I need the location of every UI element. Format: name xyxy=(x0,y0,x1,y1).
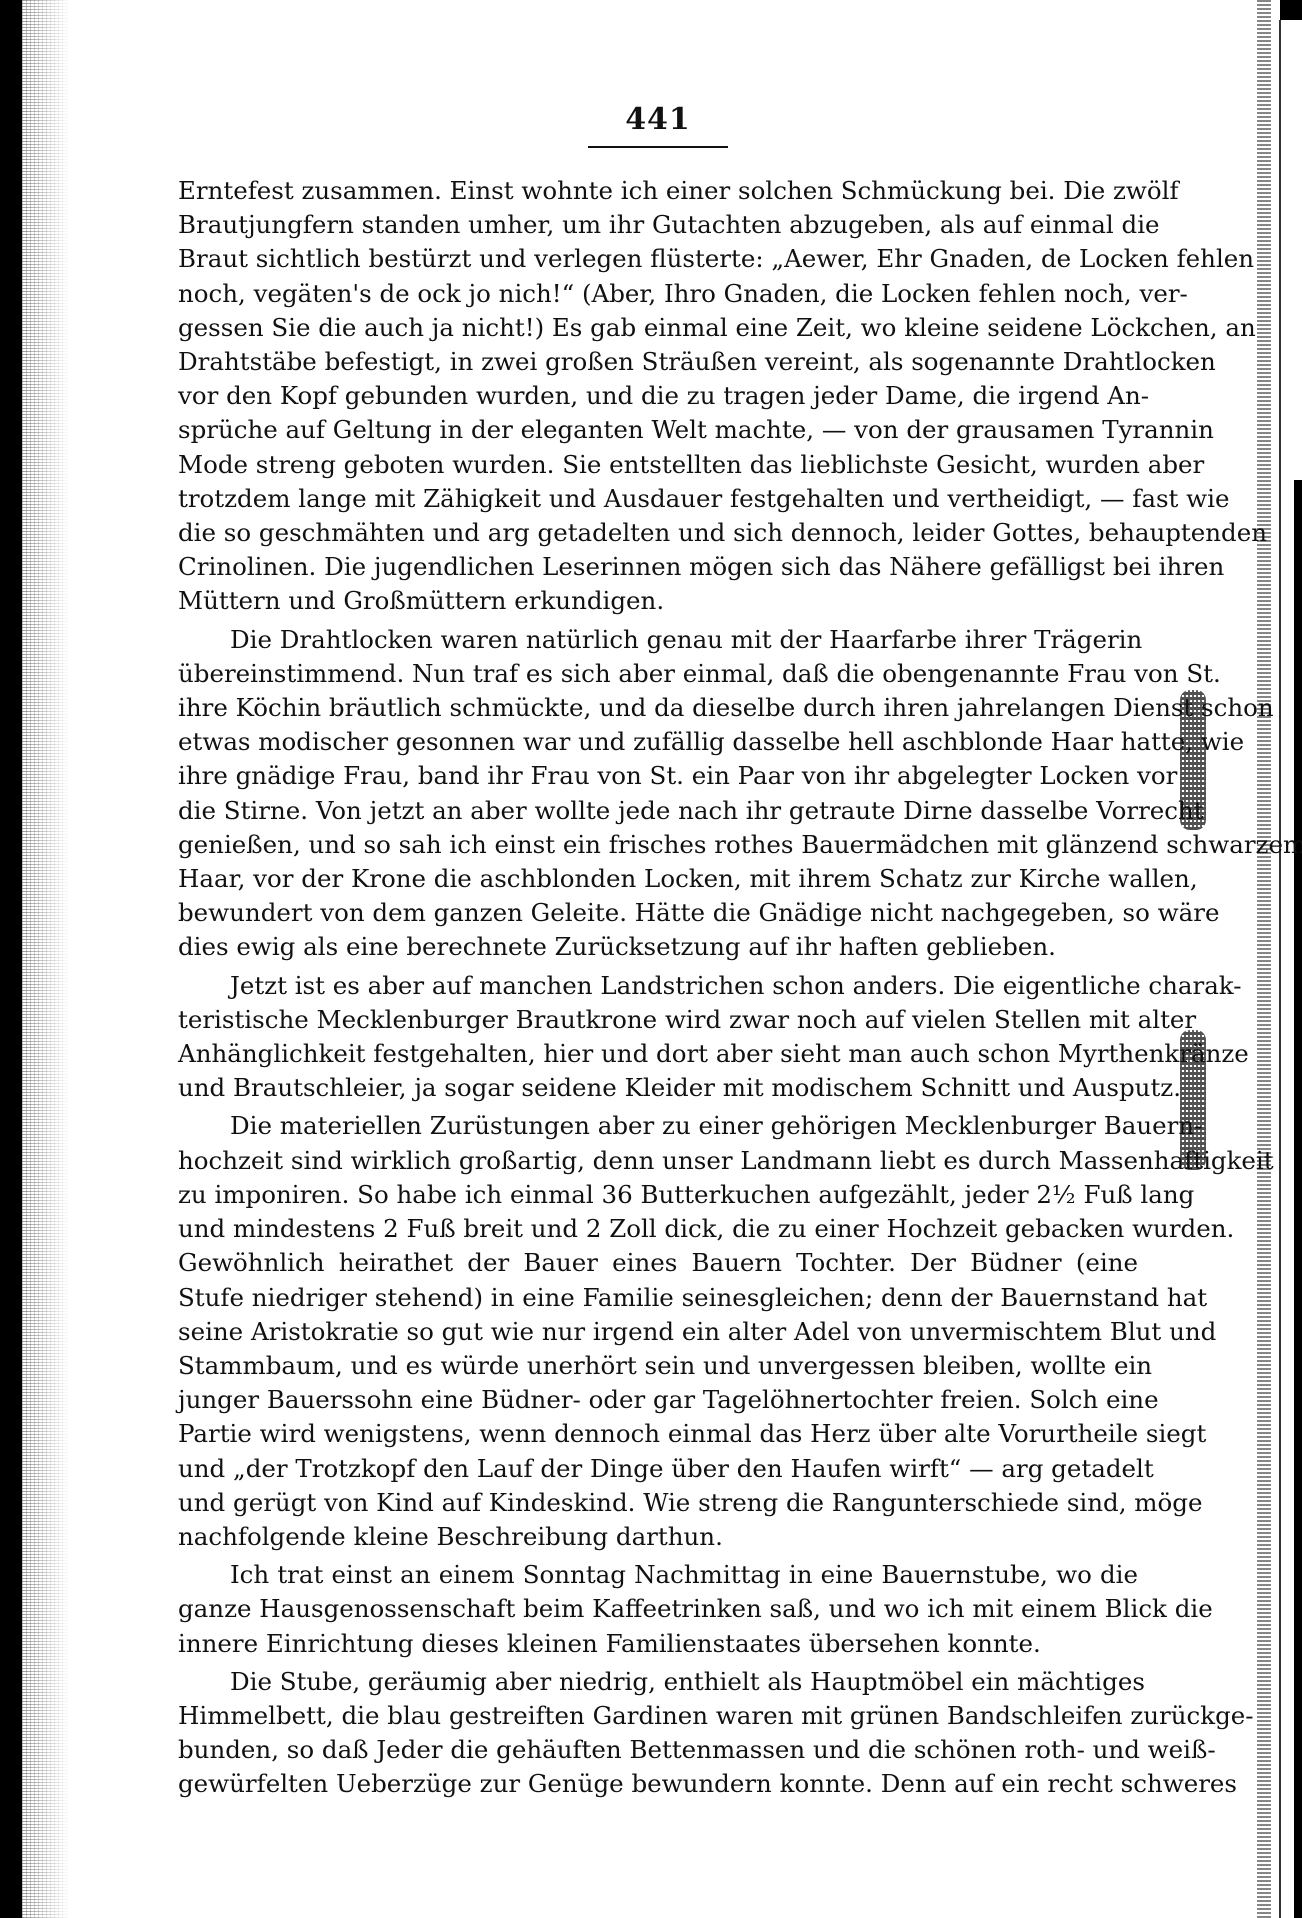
text-line: Partie wird wenigstens, wenn dennoch ein… xyxy=(178,1417,1138,1451)
text-line: und Brautschleier, ja sogar seidene Klei… xyxy=(178,1071,1138,1105)
text-line: innere Einrichtung dieses kleinen Famili… xyxy=(178,1627,1138,1661)
text-line: Brautjungfern standen umher, um ihr Guta… xyxy=(178,208,1138,242)
paragraph: Die Drahtlocken waren natürlich genau mi… xyxy=(178,623,1138,965)
text-line: dies ewig als eine berechnete Zurücksetz… xyxy=(178,930,1138,964)
text-line: Ich trat einst an einem Sonntag Nachmitt… xyxy=(178,1558,1138,1592)
text-line: Stammbaum, und es würde unerhört sein un… xyxy=(178,1349,1138,1383)
page-number-rule xyxy=(588,146,728,148)
text-line: und „der Trotzkopf den Lauf der Dinge üb… xyxy=(178,1452,1138,1486)
text-line: übereinstimmend. Nun traf es sich aber e… xyxy=(178,657,1138,691)
paragraph: Erntefest zusammen. Einst wohnte ich ein… xyxy=(178,174,1138,619)
text-line: die Stirne. Von jetzt an aber wollte jed… xyxy=(178,794,1138,828)
text-line: die so geschmähten und arg getadelten un… xyxy=(178,516,1138,550)
paragraph: Die Stube, geräumig aber niedrig, enthie… xyxy=(178,1665,1138,1802)
text-line: ihre gnädige Frau, band ihr Frau von St.… xyxy=(178,759,1138,793)
text-line: sprüche auf Geltung in der eleganten Wel… xyxy=(178,413,1138,447)
scan-right-edge xyxy=(1294,480,1302,1918)
scan-left-noise xyxy=(18,0,70,1918)
text-line: noch, vegäten's de ock jo nich!“ (Aber, … xyxy=(178,277,1138,311)
paragraph: Jetzt ist es aber auf manchen Landstrich… xyxy=(178,969,1138,1106)
text-line: Die materiellen Zurüstungen aber zu eine… xyxy=(178,1109,1138,1143)
text-line: zu imponiren. So habe ich einmal 36 Butt… xyxy=(178,1178,1138,1212)
paragraph: Die materiellen Zurüstungen aber zu eine… xyxy=(178,1109,1138,1554)
scan-right-line xyxy=(1279,20,1281,1918)
text-line: Braut sichtlich bestürzt und verlegen fl… xyxy=(178,242,1138,276)
text-line: hochzeit sind wirklich großartig, denn u… xyxy=(178,1144,1138,1178)
text-line: seine Aristokratie so gut wie nur irgend… xyxy=(178,1315,1138,1349)
text-line: bewundert von dem ganzen Geleite. Hätte … xyxy=(178,896,1138,930)
text-line: Jetzt ist es aber auf manchen Landstrich… xyxy=(178,969,1138,1003)
text-line: teristische Mecklenburger Brautkrone wir… xyxy=(178,1003,1138,1037)
paragraph: Ich trat einst an einem Sonntag Nachmitt… xyxy=(178,1558,1138,1661)
text-line: ganze Hausgenossenschaft beim Kaffeetrin… xyxy=(178,1592,1138,1626)
text-line: und mindestens 2 Fuß breit und 2 Zoll di… xyxy=(178,1212,1138,1246)
text-line: Mode streng geboten wurden. Sie entstell… xyxy=(178,448,1138,482)
text-line: vor den Kopf gebunden wurden, und die zu… xyxy=(178,379,1138,413)
text-line: etwas modischer gesonnen war und zufälli… xyxy=(178,725,1138,759)
text-line: und gerügt von Kind auf Kindeskind. Wie … xyxy=(178,1486,1138,1520)
text-line: Die Stube, geräumig aber niedrig, enthie… xyxy=(178,1665,1138,1699)
text-line: gewürfelten Ueberzüge zur Genüge bewunde… xyxy=(178,1767,1138,1801)
text-line: genießen, und so sah ich einst ein frisc… xyxy=(178,828,1138,862)
text-line: Haar, vor der Krone die aschblonden Lock… xyxy=(178,862,1138,896)
text-line: junger Bauerssohn eine Büdner- oder gar … xyxy=(178,1383,1138,1417)
page-number: 441 xyxy=(178,100,1138,140)
text-line: Drahtstäbe befestigt, in zwei großen Str… xyxy=(178,345,1138,379)
text-line: Erntefest zusammen. Einst wohnte ich ein… xyxy=(178,174,1138,208)
text-line: Himmelbett, die blau gestreiften Gardine… xyxy=(178,1699,1138,1733)
text-line: Anhänglichkeit festgehalten, hier und do… xyxy=(178,1037,1138,1071)
text-line: Müttern und Großmüttern erkundigen. xyxy=(178,584,1138,618)
text-line: Crinolinen. Die jugendlichen Leserinnen … xyxy=(178,550,1138,584)
text-line: bunden, so daß Jeder die gehäuften Bette… xyxy=(178,1733,1138,1767)
scan-right-binding xyxy=(1257,0,1271,1918)
body-text: Erntefest zusammen. Einst wohnte ich ein… xyxy=(178,174,1138,1802)
text-line: ihre Köchin bräutlich schmückte, und da … xyxy=(178,691,1138,725)
text-line: Die Drahtlocken waren natürlich genau mi… xyxy=(178,623,1138,657)
text-line: nachfolgende kleine Beschreibung darthun… xyxy=(178,1520,1138,1554)
book-page: 441 Erntefest zusammen. Einst wohnte ich… xyxy=(178,100,1138,1806)
text-line: Gewöhnlich heirathet der Bauer eines Bau… xyxy=(178,1246,1138,1280)
scan-corner xyxy=(1280,0,1302,20)
text-line: Stufe niedriger stehend) in eine Familie… xyxy=(178,1281,1138,1315)
text-line: gessen Sie die auch ja nicht!) Es gab ei… xyxy=(178,311,1138,345)
text-line: trotzdem lange mit Zähigkeit und Ausdaue… xyxy=(178,482,1138,516)
